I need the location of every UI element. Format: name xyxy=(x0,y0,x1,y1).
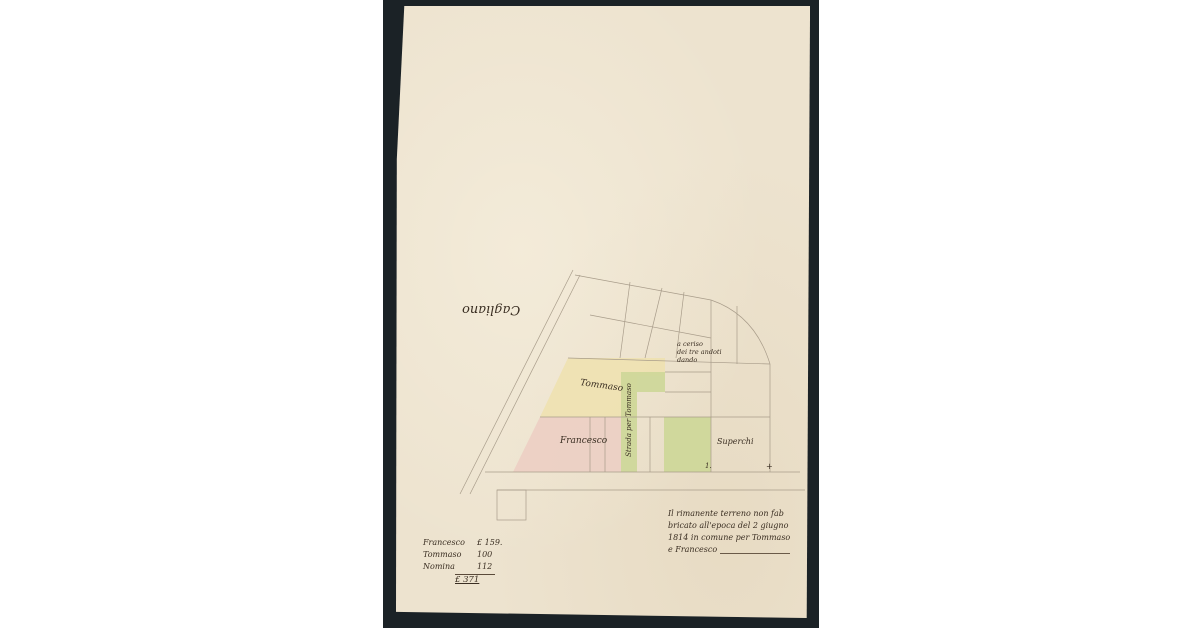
tally-row: Francesco £ 159. xyxy=(423,538,502,550)
plan-drawing xyxy=(0,0,1200,628)
note-line: e Francesco xyxy=(668,544,790,556)
mark-2: + xyxy=(766,462,773,471)
tally-name: Tommaso xyxy=(423,550,469,562)
note-line: bricato all'epoca del 2 giugno xyxy=(668,520,790,532)
tally-row: Nomina 112 xyxy=(423,562,502,574)
corner-note-line: dando xyxy=(677,356,722,364)
corner-note-line: a ceriso xyxy=(677,340,722,348)
tally-total: £ 371 xyxy=(455,575,502,585)
parcel-pink-label: Francesco xyxy=(560,436,607,446)
tally-name: Nomina xyxy=(423,562,469,574)
corner-note: a ceriso dei tre andoti dando xyxy=(677,340,722,364)
tally-row: Tommaso 100 xyxy=(423,550,502,562)
parcel-green xyxy=(664,417,711,472)
tally-name: Francesco xyxy=(423,538,469,550)
remainder-note: Il rimanente terreno non fab bricato all… xyxy=(668,508,790,556)
tally-value: 112 xyxy=(477,562,492,574)
upside-down-name-label: Cagliano xyxy=(462,302,520,317)
note-line: Il rimanente terreno non fab xyxy=(668,508,790,520)
note-underline xyxy=(720,553,790,554)
tally-table: Francesco £ 159. Tommaso 100 Nomina 112 … xyxy=(423,538,502,585)
tally-value: £ 159. xyxy=(477,538,502,550)
parcel-right-label: Superchi xyxy=(717,437,754,446)
tally-value: 100 xyxy=(477,550,492,562)
mark-1: 1. xyxy=(705,462,712,470)
colored-parcels xyxy=(513,358,711,472)
corner-note-line: dei tre andoti xyxy=(677,348,722,356)
note-line: 1814 in comune per Tommaso xyxy=(668,532,790,544)
strip-green-label: Strada per Tommaso xyxy=(625,383,633,457)
